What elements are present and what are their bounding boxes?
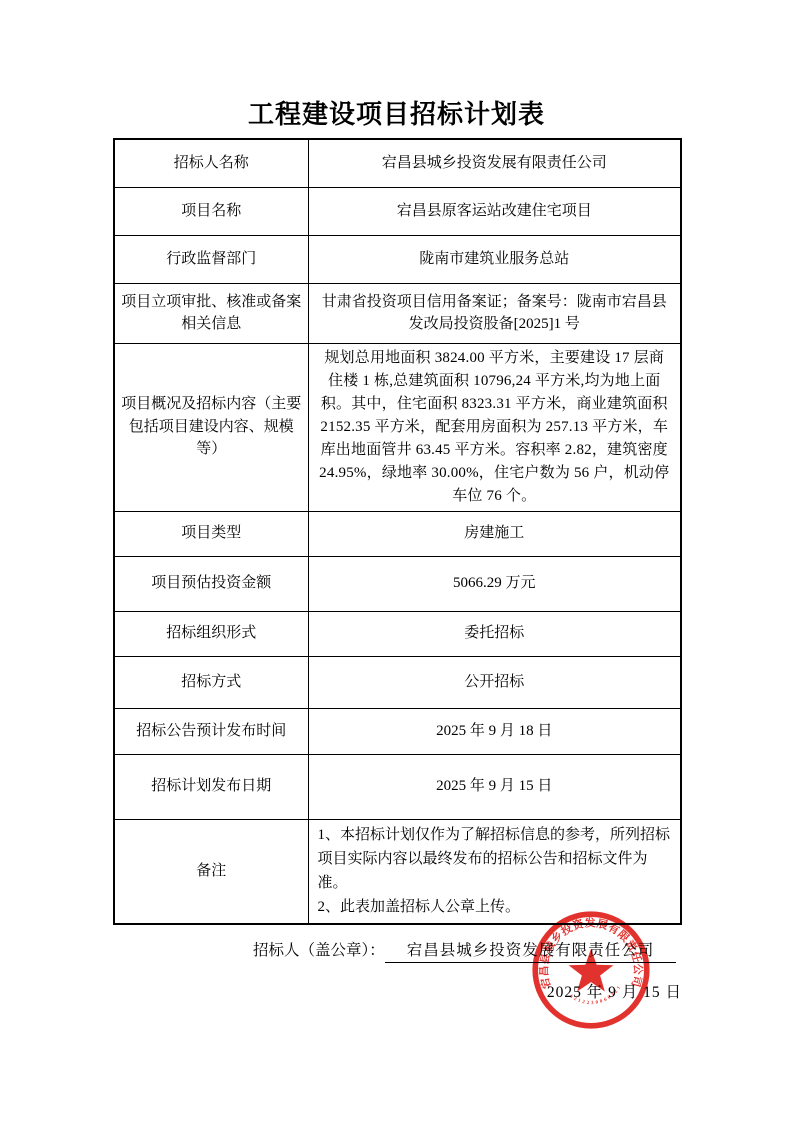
row-value-plan-release-date: 2025 年 9 月 15 日 — [308, 754, 681, 819]
row-label-approval-info: 项目立项审批、核准或备案相关信息 — [114, 283, 308, 343]
table-row: 招标计划发布日期 2025 年 9 月 15 日 — [114, 754, 681, 819]
row-value-approval-info: 甘肃省投资项目信用备案证；备案号：陇南市宕昌县发改局投资股备[2025]1 号 — [308, 283, 681, 343]
row-label-plan-release-date: 招标计划发布日期 — [114, 754, 308, 819]
row-label-remarks: 备注 — [114, 819, 308, 924]
row-value-project-overview: 规划总用地面积 3824.00 平方米，主要建设 17 层商住楼 1 栋,总建筑… — [308, 343, 681, 511]
row-label-project-overview: 项目概况及招标内容（主要包括项目建设内容、规模等） — [114, 343, 308, 511]
row-value-project-type: 房建施工 — [308, 511, 681, 556]
table-row: 行政监督部门 陇南市建筑业服务总站 — [114, 235, 681, 283]
table-row: 招标人名称 宕昌县城乡投资发展有限责任公司 — [114, 139, 681, 187]
table-row: 项目立项审批、核准或备案相关信息 甘肃省投资项目信用备案证；备案号：陇南市宕昌县… — [114, 283, 681, 343]
seal-star-icon — [569, 949, 614, 992]
table-row: 招标方式 公开招标 — [114, 656, 681, 708]
row-label-organization-form: 招标组织形式 — [114, 611, 308, 656]
row-label-bidding-method: 招标方式 — [114, 656, 308, 708]
signature-label: 招标人（盖公章）： — [253, 942, 385, 959]
row-value-organization-form: 委托招标 — [308, 611, 681, 656]
row-label-announcement-date: 招标公告预计发布时间 — [114, 708, 308, 754]
seal-number-text: 6212230060321 — [568, 985, 622, 1006]
table-row: 招标公告预计发布时间 2025 年 9 月 18 日 — [114, 708, 681, 754]
table-row: 项目预估投资金额 5066.29 万元 — [114, 556, 681, 611]
row-value-supervising-dept: 陇南市建筑业服务总站 — [308, 235, 681, 283]
bidding-plan-table: 招标人名称 宕昌县城乡投资发展有限责任公司 项目名称 宕昌县原客运站改建住宅项目… — [113, 138, 682, 925]
row-label-project-type: 项目类型 — [114, 511, 308, 556]
row-label-supervising-dept: 行政监督部门 — [114, 235, 308, 283]
table-row: 项目名称 宕昌县原客运站改建住宅项目 — [114, 187, 681, 235]
page-title: 工程建设项目招标计划表 — [0, 94, 793, 131]
row-value-project-name: 宕昌县原客运站改建住宅项目 — [308, 187, 681, 235]
row-value-bidding-method: 公开招标 — [308, 656, 681, 708]
official-seal: 宕昌县城乡投资发展有限责任公司 6212230060321 — [529, 908, 653, 1032]
table-row: 项目类型 房建施工 — [114, 511, 681, 556]
document-page: 工程建设项目招标计划表 招标人名称 宕昌县城乡投资发展有限责任公司 项目名称 宕… — [0, 0, 793, 1122]
row-value-estimated-investment: 5066.29 万元 — [308, 556, 681, 611]
row-label-project-name: 项目名称 — [114, 187, 308, 235]
row-value-announcement-date: 2025 年 9 月 18 日 — [308, 708, 681, 754]
row-label-bidder-name: 招标人名称 — [114, 139, 308, 187]
row-value-bidder-name: 宕昌县城乡投资发展有限责任公司 — [308, 139, 681, 187]
table-row: 项目概况及招标内容（主要包括项目建设内容、规模等） 规划总用地面积 3824.0… — [114, 343, 681, 511]
table-row: 招标组织形式 委托招标 — [114, 611, 681, 656]
row-label-estimated-investment: 项目预估投资金额 — [114, 556, 308, 611]
